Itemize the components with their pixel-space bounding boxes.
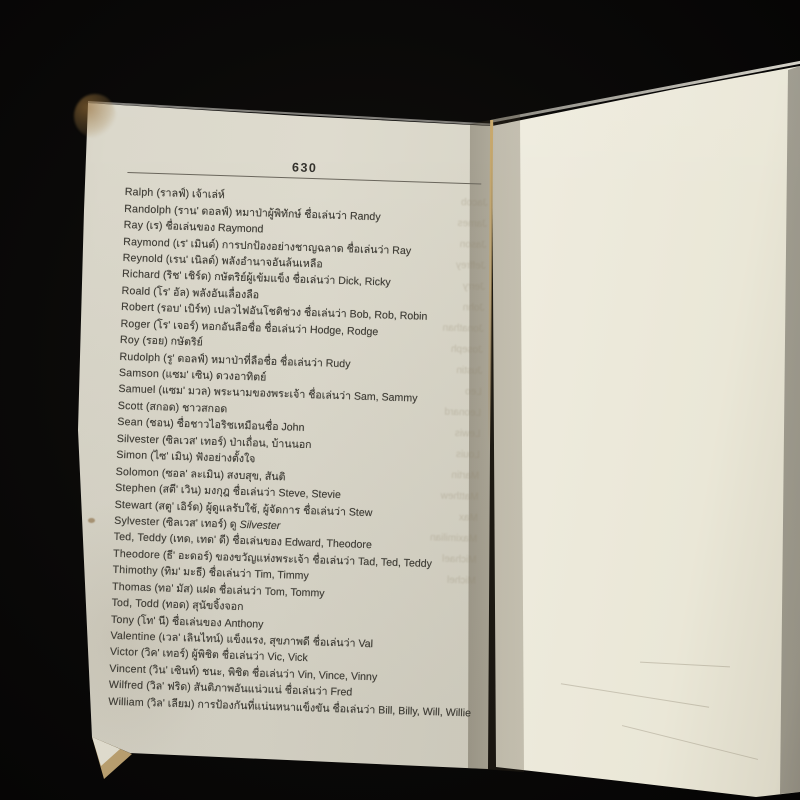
entry-name: Victor	[110, 646, 138, 659]
entry-name: Roald	[121, 285, 150, 298]
entry-name: William	[108, 695, 144, 708]
page-content: 630 Ralph (ราลฟ์) เจ้าเล่ห์Randolph (ราน…	[108, 155, 484, 720]
entry-name: Thomas	[112, 580, 152, 593]
entry-name: Sylvester	[114, 515, 160, 528]
entry-name: Stewart	[115, 498, 153, 511]
entry-name: Ralph	[125, 186, 154, 199]
entry-name: Sean	[117, 416, 143, 429]
entry-text: (ราลฟ์) เจ้าเล่ห์	[153, 187, 225, 201]
entry-name: Raymond	[123, 235, 170, 249]
entry-name: Ray	[124, 219, 144, 232]
entry-name: Tod, Todd	[111, 597, 159, 611]
entry-name: Roger	[120, 318, 150, 331]
entry-name: Stephen	[115, 482, 156, 495]
entry-text: (รอย) กษัตริย์	[139, 335, 203, 349]
entry-name: Rudolph	[119, 350, 160, 363]
entry-text: (ทอด) สุนัขจิ้งจอก	[159, 598, 244, 613]
entry-name: Silvester	[117, 433, 160, 446]
entry-name: Roy	[120, 334, 140, 347]
entry-name: Simon	[116, 449, 147, 462]
entry-text: (สกอด) ชาวสกอด	[143, 401, 228, 416]
entry-name: Valentine	[110, 630, 156, 643]
entry-name: Samuel	[118, 383, 155, 396]
entry-name: Samson	[119, 367, 159, 380]
photo-background: JacobJamesJasonJeffreyJerryJohnJonathanJ…	[0, 0, 800, 800]
entry-name: Richard	[122, 268, 160, 281]
worn-corner-stain	[74, 94, 116, 138]
entry-name: Robert	[121, 301, 154, 314]
entry-text: (เร) ชื่อเล่นของ Raymond	[143, 220, 264, 236]
entry-cross-reference: Silvester	[236, 519, 280, 532]
entry-name: Ted, Teddy	[113, 531, 166, 545]
entry-text: (ไซ' เมิน) ฟังอย่างตั้งใจ	[147, 450, 255, 465]
entry-name: Vincent	[109, 663, 146, 676]
dictionary-entries: Ralph (ราลฟ์) เจ้าเล่ห์Randolph (ราน' ดอ…	[108, 183, 483, 720]
entry-name: Tony	[111, 613, 135, 626]
entry-name: Solomon	[116, 465, 160, 478]
entry-name: Wilfred	[109, 679, 144, 692]
entry-name: Randolph	[124, 203, 171, 217]
entry-name: Theodore	[113, 548, 160, 562]
entry-text: (ซิลเวส' เทอร์) ดู	[159, 516, 237, 530]
paper-speck	[88, 518, 95, 523]
entry-name: Scott	[118, 400, 144, 413]
entry-name: Thimothy	[112, 564, 158, 577]
entry-name: Reynold	[122, 252, 163, 265]
